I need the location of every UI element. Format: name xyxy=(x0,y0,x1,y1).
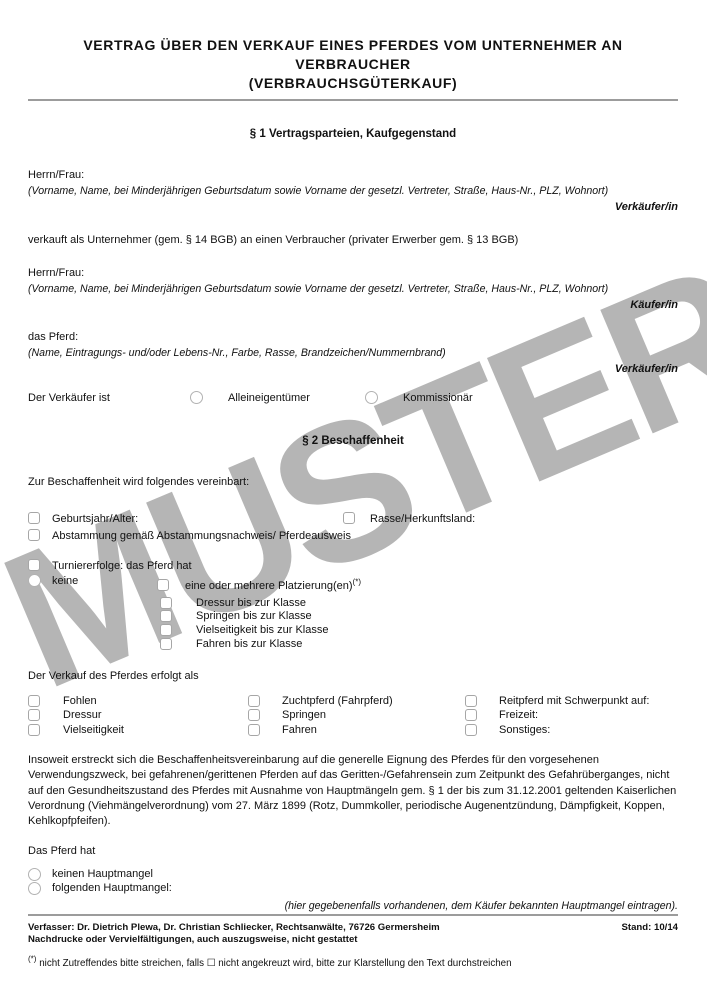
foal-checkbox[interactable] xyxy=(28,695,40,707)
placements-label: eine oder mehrere Platzierung(en)(*) xyxy=(185,579,361,593)
pedigree-row: Abstammung gemäß Abstammungsnachweis/ Pf… xyxy=(28,529,678,543)
jumping-class-row: Springen bis zur Klasse xyxy=(28,610,678,624)
seller-is-label: Der Verkäufer ist xyxy=(28,391,190,405)
footnote-text: nicht Zutreffendes bitte streichen, fall… xyxy=(39,958,511,969)
breeding-horse-label: Zuchtpferd (Fahrpferd) xyxy=(282,695,393,708)
dressage-class-checkbox[interactable] xyxy=(160,597,172,609)
title-line-2: VERBRAUCHER xyxy=(28,55,678,74)
foal-label: Fohlen xyxy=(63,695,97,708)
foal-row: Fohlen xyxy=(28,695,248,708)
eventing-class-row: Vielseitigkeit bis zur Klasse xyxy=(28,624,678,638)
seller-role: Verkäufer/in xyxy=(28,199,678,215)
title-line-1: VERTRAG ÜBER DEN VERKAUF EINES PFERDES V… xyxy=(28,36,678,55)
seller-is-row: Der Verkäufer ist Alleineigentümer Kommi… xyxy=(28,391,678,405)
buyer-role: Käufer/in xyxy=(28,297,678,313)
driving-class-row: Fahren bis zur Klasse xyxy=(28,638,678,652)
jumping-row: Springen xyxy=(248,709,465,722)
horse-role: Verkäufer/in xyxy=(28,361,678,377)
sale-purpose-columns: Fohlen Dressur Vielseitigkeit Zuchtpferd… xyxy=(28,695,678,737)
buyer-hint: (Vorname, Name, bei Minderjährigen Gebur… xyxy=(28,281,678,297)
horse-has-label: Das Pferd hat xyxy=(28,845,678,857)
sole-owner-radio[interactable] xyxy=(190,391,203,404)
no-placements-label: keine xyxy=(52,574,157,588)
other-checkbox[interactable] xyxy=(465,724,477,736)
jumping-class-checkbox[interactable] xyxy=(160,610,172,622)
dressage-class-label: Dressur bis zur Klasse xyxy=(196,597,306,611)
condition-intro: Zur Beschaffenheit wird folgendes verein… xyxy=(28,476,678,488)
eventing-class-checkbox[interactable] xyxy=(160,624,172,636)
jumping-checkbox[interactable] xyxy=(248,709,260,721)
tournament-label: Turniererfolge: das Pferd hat xyxy=(52,559,192,573)
section-2-heading: § 2 Beschaffenheit xyxy=(28,435,678,447)
seller-hint: (Vorname, Name, bei Minderjährigen Gebur… xyxy=(28,183,678,199)
contract-page: MUSTER VERTRAG ÜBER DEN VERKAUF EINES PF… xyxy=(0,0,707,1000)
page-title: VERTRAG ÜBER DEN VERKAUF EINES PFERDES V… xyxy=(28,36,678,93)
riding-horse-label: Reitpferd mit Schwerpunkt auf: xyxy=(499,695,649,708)
sale-clause: verkauft als Unternehmer (gem. § 14 BGB)… xyxy=(28,232,678,248)
driving-checkbox[interactable] xyxy=(248,724,260,736)
commission-agent-label: Kommissionär xyxy=(403,391,473,405)
driving-class-checkbox[interactable] xyxy=(160,638,172,650)
no-defect-radio[interactable] xyxy=(28,868,41,881)
tournament-row: Turniererfolge: das Pferd hat xyxy=(28,559,678,573)
placement-classes: Dressur bis zur Klasse Springen bis zur … xyxy=(28,597,678,652)
sale-purpose-col-1: Fohlen Dressur Vielseitigkeit xyxy=(28,695,248,737)
pedigree-label: Abstammung gemäß Abstammungsnachweis/ Pf… xyxy=(52,529,351,543)
buyer-block: Herrn/Frau: (Vorname, Name, bei Minderjä… xyxy=(28,265,678,313)
defect-entry-note: (hier gegebenenfalls vorhandenen, dem Kä… xyxy=(28,900,678,912)
pedigree-checkbox[interactable] xyxy=(28,529,40,541)
breeding-horse-row: Zuchtpferd (Fahrpferd) xyxy=(248,695,465,708)
leisure-row: Freizeit: xyxy=(465,709,649,722)
sole-owner-label: Alleineigentümer xyxy=(228,391,365,405)
sale-purpose-col-2: Zuchtpferd (Fahrpferd) Springen Fahren xyxy=(248,695,465,737)
other-row: Sonstiges: xyxy=(465,724,649,737)
has-defect-row: folgenden Hauptmangel: xyxy=(28,882,678,896)
birth-breed-row: Geburtsjahr/Alter: Rasse/Herkunftsland: xyxy=(28,512,678,526)
footer-rights: Nachdrucke oder Vervielfältigungen, auch… xyxy=(28,934,440,946)
no-placements-radio[interactable] xyxy=(28,574,41,587)
sale-purpose-label: Der Verkauf des Pferdes erfolgt als xyxy=(28,670,678,682)
driving-class-label: Fahren bis zur Klasse xyxy=(196,638,302,652)
dressage-row: Dressur xyxy=(28,709,248,722)
footer-version: Stand: 10/14 xyxy=(621,922,678,945)
birth-year-checkbox[interactable] xyxy=(28,512,40,524)
no-defect-row: keinen Hauptmangel xyxy=(28,868,678,882)
horse-hint: (Name, Eintragungs- und/oder Lebens-Nr.,… xyxy=(28,345,678,361)
dressage-checkbox[interactable] xyxy=(28,709,40,721)
tournament-none-row: keine eine oder mehrere Platzierung(en)(… xyxy=(28,574,678,593)
jumping-class-label: Springen bis zur Klasse xyxy=(196,610,312,624)
footer-left: Verfasser: Dr. Dietrich Plewa, Dr. Chris… xyxy=(28,922,440,945)
page-footer: Verfasser: Dr. Dietrich Plewa, Dr. Chris… xyxy=(28,914,678,969)
birth-year-label: Geburtsjahr/Alter: xyxy=(52,512,343,526)
footer-authors: Verfasser: Dr. Dietrich Plewa, Dr. Chris… xyxy=(28,922,440,934)
horse-block: das Pferd: (Name, Eintragungs- und/oder … xyxy=(28,329,678,377)
section-1-heading: § 1 Vertragsparteien, Kaufgegenstand xyxy=(28,128,678,140)
title-line-3: (VERBRAUCHSGÜTERKAUF) xyxy=(28,74,678,93)
eventing-checkbox[interactable] xyxy=(28,724,40,736)
seller-block: Herrn/Frau: (Vorname, Name, bei Minderjä… xyxy=(28,167,678,215)
buyer-label: Herrn/Frau: xyxy=(28,265,678,281)
main-defect-options: keinen Hauptmangel folgenden Hauptmangel… xyxy=(28,868,678,896)
leisure-label: Freizeit: xyxy=(499,709,538,722)
sale-purpose-col-3: Reitpferd mit Schwerpunkt auf: Freizeit:… xyxy=(465,695,649,737)
contract-content: VERTRAG ÜBER DEN VERKAUF EINES PFERDES V… xyxy=(0,36,707,912)
placements-footnote-marker: (*) xyxy=(353,577,361,586)
dressage-class-row: Dressur bis zur Klasse xyxy=(28,597,678,611)
breed-label: Rasse/Herkunftsland: xyxy=(370,512,475,526)
has-defect-label: folgenden Hauptmangel: xyxy=(52,882,172,896)
breed-checkbox[interactable] xyxy=(343,512,355,524)
placements-text: eine oder mehrere Platzierung(en) xyxy=(185,580,353,592)
driving-label: Fahren xyxy=(282,724,317,737)
leisure-checkbox[interactable] xyxy=(465,709,477,721)
riding-horse-row: Reitpferd mit Schwerpunkt auf: xyxy=(465,695,649,708)
seller-label: Herrn/Frau: xyxy=(28,167,678,183)
tournament-checkbox[interactable] xyxy=(28,559,40,571)
no-defect-label: keinen Hauptmangel xyxy=(52,868,153,882)
eventing-class-label: Vielseitigkeit bis zur Klasse xyxy=(196,624,328,638)
riding-horse-checkbox[interactable] xyxy=(465,695,477,707)
has-defect-radio[interactable] xyxy=(28,882,41,895)
condition-paragraph: Insoweit erstreckt sich die Beschaffenhe… xyxy=(28,753,678,830)
footer-row: Verfasser: Dr. Dietrich Plewa, Dr. Chris… xyxy=(28,922,678,945)
eventing-label: Vielseitigkeit xyxy=(63,724,124,737)
horse-label: das Pferd: xyxy=(28,329,678,345)
dressage-label: Dressur xyxy=(63,709,102,722)
footnote-marker: (*) xyxy=(28,955,36,964)
footer-footnote: (*) nicht Zutreffendes bitte streichen, … xyxy=(28,958,678,969)
eventing-row: Vielseitigkeit xyxy=(28,724,248,737)
jumping-label: Springen xyxy=(282,709,326,722)
other-label: Sonstiges: xyxy=(499,724,550,737)
placements-checkbox[interactable] xyxy=(157,579,169,591)
commission-agent-radio[interactable] xyxy=(365,391,378,404)
driving-row: Fahren xyxy=(248,724,465,737)
breeding-horse-checkbox[interactable] xyxy=(248,695,260,707)
title-divider xyxy=(28,99,678,101)
footer-divider xyxy=(28,914,678,916)
